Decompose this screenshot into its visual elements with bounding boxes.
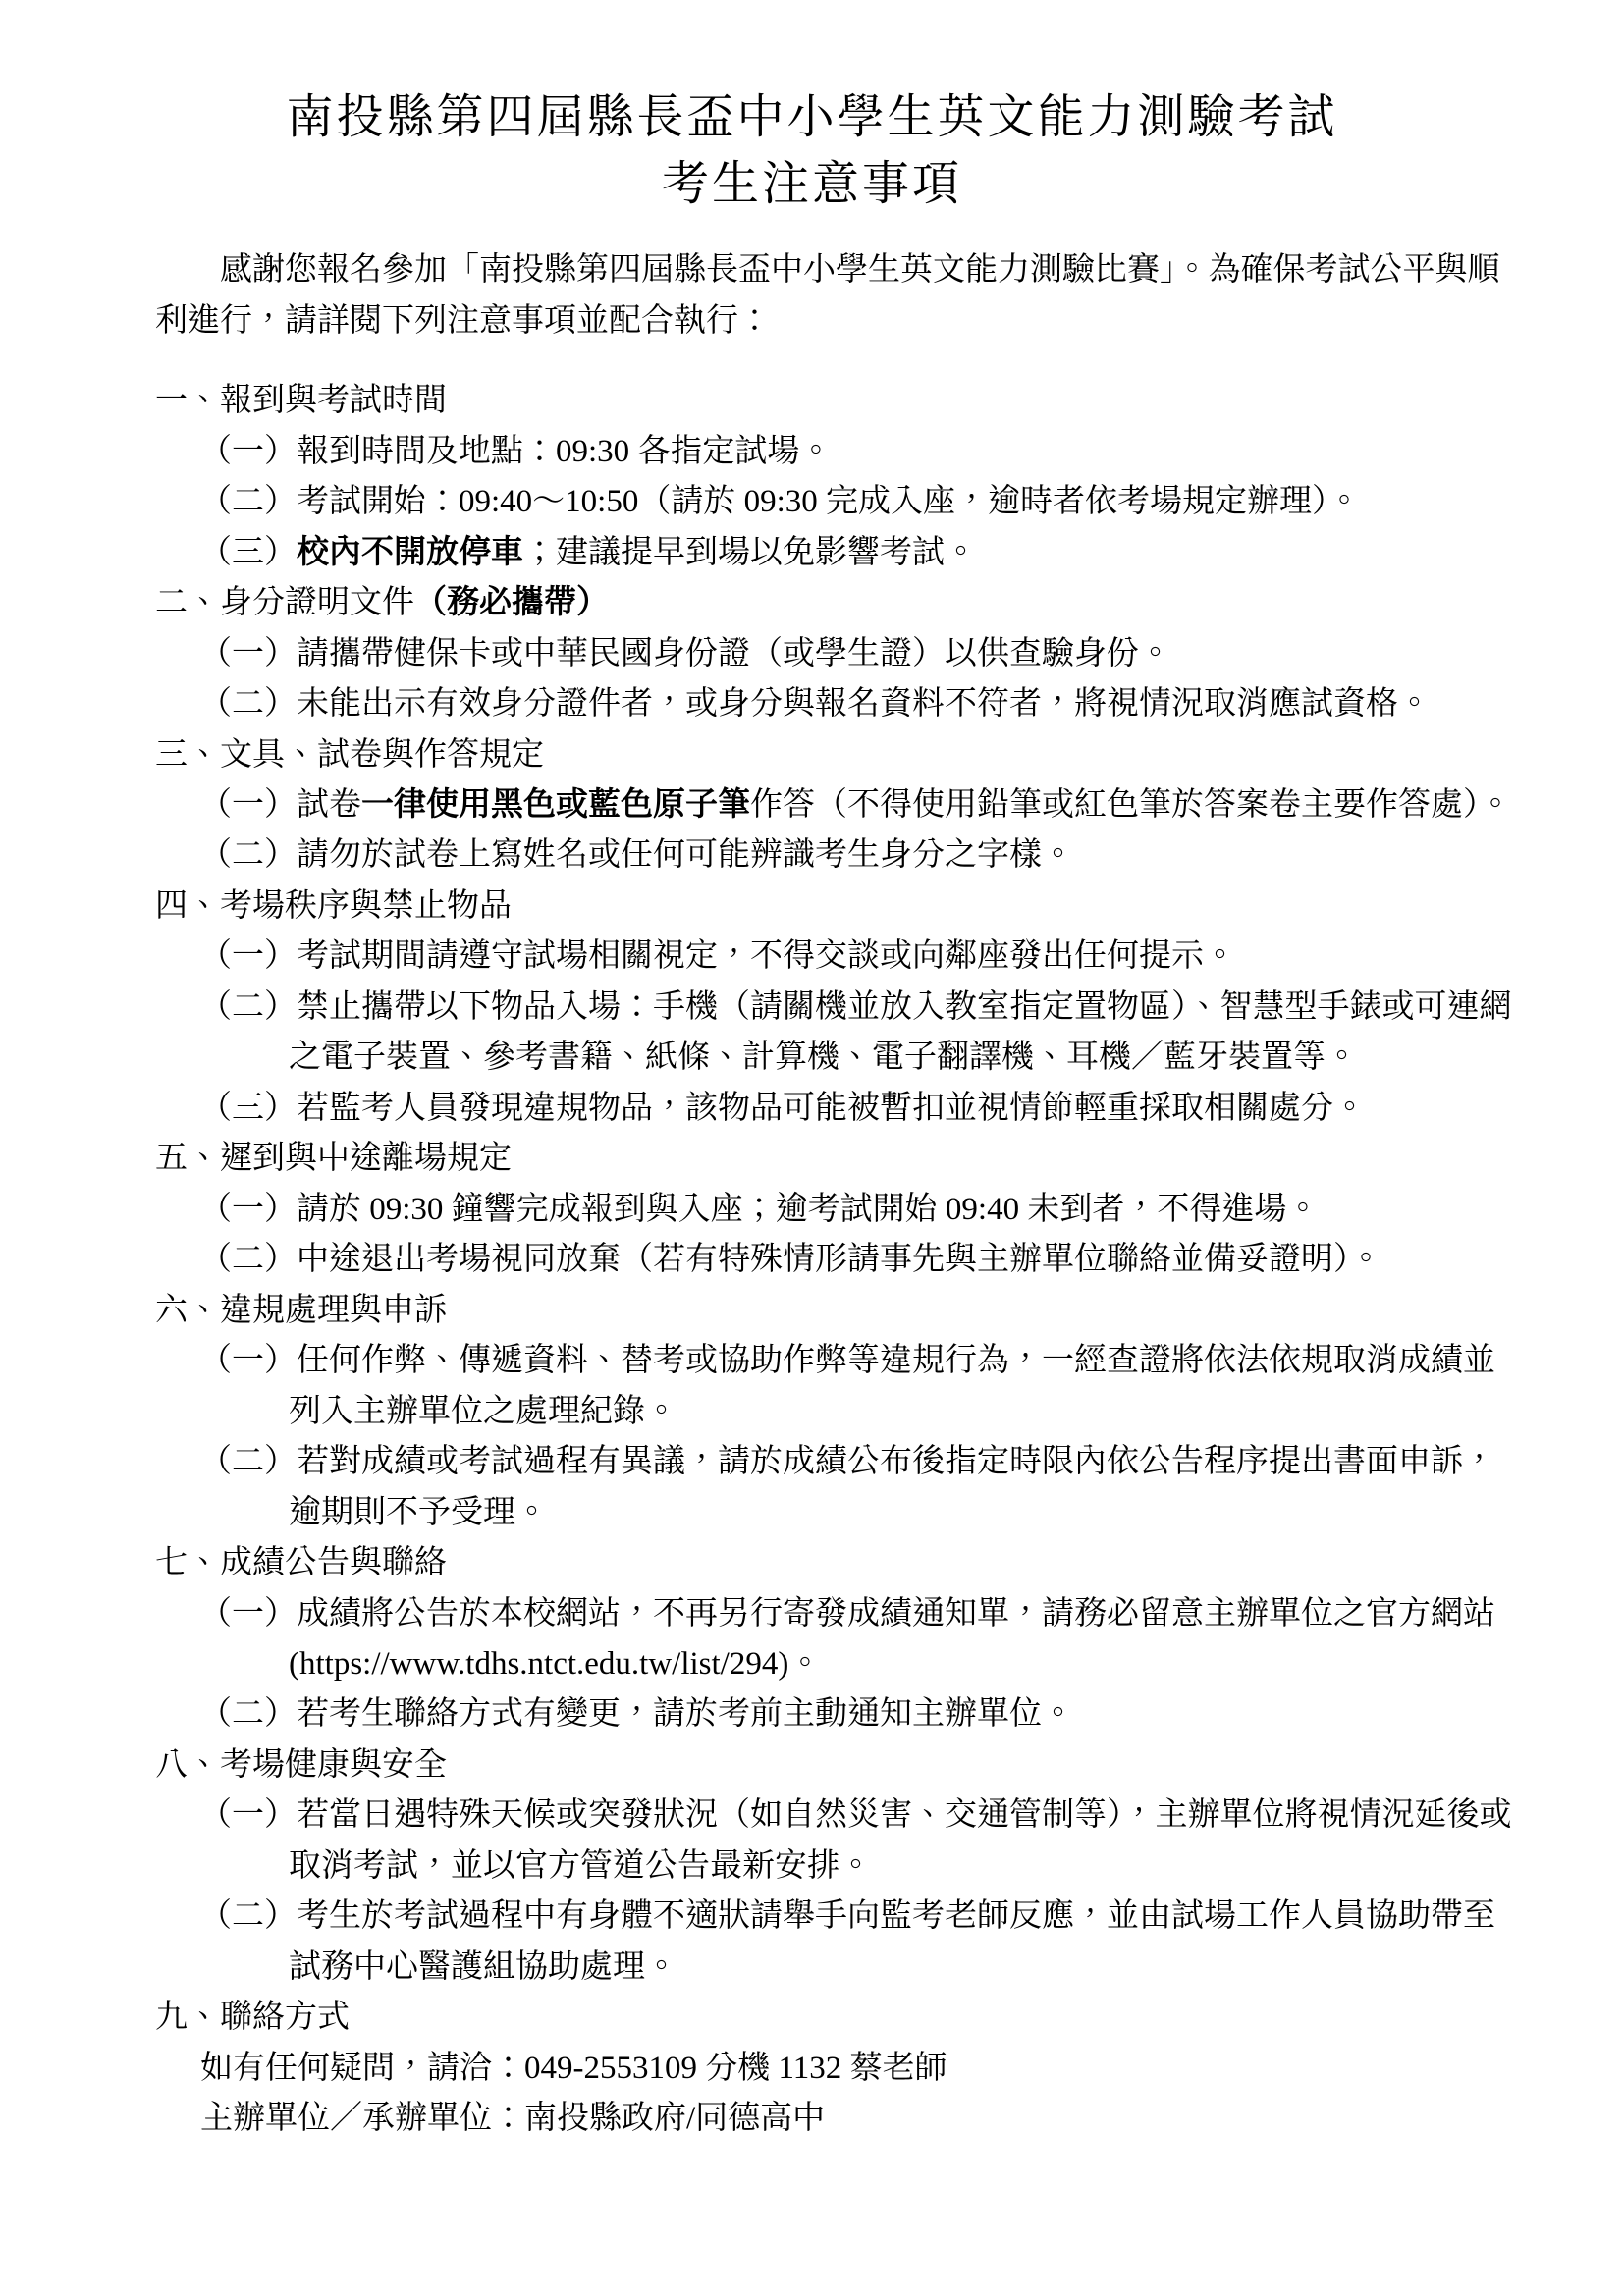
text-segment: 七、成績公告與聯絡	[155, 1545, 447, 1580]
text-segment: 三、文具、試卷與作答規定	[155, 737, 544, 773]
list-item: （二）禁止攜帶以下物品入場：手機（請關機並放入教室指定置物區）、智慧型手錶或可連…	[155, 983, 1514, 1084]
bold-text-segment: 一律使用黑色或藍色原子筆	[361, 787, 750, 823]
text-segment: （二）中途退出考場視同放棄（若有特殊情形請事先與主辦單位聯絡並備妥證明）。	[199, 1242, 1382, 1277]
text-segment: ；建議提早到場以免影響考試。	[523, 535, 977, 570]
text-segment: （一）試卷	[199, 787, 361, 823]
text-segment: （一）報到時間及地點：09:30 各指定試場。	[199, 434, 832, 469]
section-heading: 二、身分證明文件（務必攜帶）	[155, 578, 1514, 628]
section: 六、違規處理與申訴（一）任何作弊、傳遞資料、替考或協助作弊等違規行為，一經查證將…	[155, 1286, 1514, 1538]
section-heading: 三、文具、試卷與作答規定	[155, 730, 1514, 780]
section: 五、遲到與中途離場規定（一）請於 09:30 鐘響完成報到與入座；逾考試開始 0…	[155, 1134, 1514, 1285]
list-item: （三）校內不開放停車；建議提早到場以免影響考試。	[155, 528, 1514, 578]
list-item: （三）若監考人員發現違規物品，該物品可能被暫扣並視情節輕重採取相關處分。	[155, 1084, 1514, 1134]
text-segment: （二）若考生聯絡方式有變更，請於考前主動通知主辦單位。	[199, 1696, 1074, 1732]
section: 三、文具、試卷與作答規定（一）試卷一律使用黑色或藍色原子筆作答（不得使用鉛筆或紅…	[155, 730, 1514, 881]
text-segment: （二）若對成績或考試過程有異議，請於成績公布後指定時限內依公告程序提出書面申訴，…	[199, 1444, 1495, 1529]
list-item: （一）成績將公告於本校網站，不再另行寄發成績通知單，請務必留意主辦單位之官方網站…	[155, 1589, 1514, 1690]
document-title: 南投縣第四屆縣長盃中小學生英文能力測驗考試	[0, 84, 1624, 151]
text-segment: （二）考試開始：09:40～10:50（請於 09:30 完成入座，逾時者依考場…	[199, 484, 1361, 519]
section: 二、身分證明文件（務必攜帶）（一）請攜帶健保卡或中華民國身份證（或學生證）以供查…	[155, 578, 1514, 729]
section-heading: 一、報到與考試時間	[155, 376, 1514, 426]
section: 八、考場健康與安全（一）若當日遇特殊天候或突發狀況（如自然災害、交通管制等），主…	[155, 1740, 1514, 1993]
text-segment: （一）請攜帶健保卡或中華民國身份證（或學生證）以供查驗身份。	[199, 636, 1171, 671]
text-segment: （一）任何作弊、傳遞資料、替考或協助作弊等違規行為，一經查證將依法依規取消成績並…	[199, 1343, 1495, 1428]
section: 四、考場秩序與禁止物品（一）考試期間請遵守試場相關視定，不得交談或向鄰座發出任何…	[155, 881, 1514, 1134]
section-heading: 八、考場健康與安全	[155, 1740, 1514, 1790]
text-segment: 作答（不得使用鉛筆或紅色筆於答案卷主要作答處）。	[750, 787, 1512, 823]
text-segment: 四、考場秩序與禁止物品	[155, 888, 512, 924]
list-item: （二）中途退出考場視同放棄（若有特殊情形請事先與主辦單位聯絡並備妥證明）。	[155, 1235, 1514, 1285]
text-segment: 九、聯絡方式	[155, 2000, 350, 2035]
section-heading: 九、聯絡方式	[155, 1993, 1514, 2043]
text-segment: 一、報到與考試時間	[155, 383, 447, 418]
list-item: （二）考試開始：09:40～10:50（請於 09:30 完成入座，逾時者依考場…	[155, 477, 1514, 527]
text-segment: （一）考試期間請遵守試場相關視定，不得交談或向鄰座發出任何提示。	[199, 938, 1236, 974]
section-heading: 五、遲到與中途離場規定	[155, 1134, 1514, 1184]
text-segment: （一）若當日遇特殊天候或突發狀況（如自然災害、交通管制等），主辦單位將視情況延後…	[199, 1797, 1512, 1883]
list-item: （二）若考生聯絡方式有變更，請於考前主動通知主辦單位。	[155, 1689, 1514, 1739]
text-segment: （二）禁止攜帶以下物品入場：手機（請關機並放入教室指定置物區）、智慧型手錶或可連…	[199, 989, 1512, 1075]
list-item: （二）若對成績或考試過程有異議，請於成績公布後指定時限內依公告程序提出書面申訴，…	[155, 1437, 1514, 1538]
sections-list: 一、報到與考試時間（一）報到時間及地點：09:30 各指定試場。（二）考試開始：…	[155, 376, 1514, 2144]
text-segment: 八、考場健康與安全	[155, 1747, 447, 1783]
text-segment: （一）請於 09:30 鐘響完成報到與入座；逾考試開始 09:40 未到者，不得…	[199, 1192, 1319, 1227]
bold-text-segment: 校內不開放停車	[297, 535, 523, 570]
list-item: （一）若當日遇特殊天候或突發狀況（如自然災害、交通管制等），主辦單位將視情況延後…	[155, 1790, 1514, 1892]
section-heading: 六、違規處理與申訴	[155, 1286, 1514, 1336]
text-segment: （二）考生於考試過程中有身體不適狀請舉手向監考老師反應，並由試場工作人員協助帶至…	[199, 1898, 1495, 1984]
text-segment: （一）成績將公告於本校網站，不再另行寄發成績通知單，請務必留意主辦單位之官方網站…	[199, 1596, 1495, 1682]
document-subtitle: 考生注意事項	[0, 151, 1624, 218]
contact-line: 如有任何疑問，請洽：049-2553109 分機 1132 蔡老師	[155, 2044, 1514, 2094]
intro-paragraph: 感謝您報名參加「南投縣第四屆縣長盃中小學生英文能力測驗比賽」。為確保考試公平與順…	[155, 245, 1514, 347]
section-heading: 四、考場秩序與禁止物品	[155, 881, 1514, 932]
document-page: 南投縣第四屆縣長盃中小學生英文能力測驗考試 考生注意事項 感謝您報名參加「南投縣…	[0, 0, 1624, 2296]
list-item: （一）請於 09:30 鐘響完成報到與入座；逾考試開始 09:40 未到者，不得…	[155, 1185, 1514, 1235]
list-item: （一）報到時間及地點：09:30 各指定試場。	[155, 427, 1514, 477]
text-segment: （二）請勿於試卷上寫姓名或任何可能辨識考生身分之字樣。	[199, 837, 1074, 873]
list-item: （二）考生於考試過程中有身體不適狀請舉手向監考老師反應，並由試場工作人員協助帶至…	[155, 1892, 1514, 1993]
text-segment: （三）若監考人員發現違規物品，該物品可能被暫扣並視情節輕重採取相關處分。	[199, 1091, 1366, 1126]
list-item: （一）請攜帶健保卡或中華民國身份證（或學生證）以供查驗身份。	[155, 629, 1514, 679]
text-segment: （二）未能出示有效身分證件者，或身分與報名資料不符者，將視情況取消應試資格。	[199, 686, 1431, 721]
text-segment: 二、身分證明文件	[155, 585, 414, 620]
document-header: 南投縣第四屆縣長盃中小學生英文能力測驗考試 考生注意事項	[0, 84, 1624, 218]
text-segment: （三）	[199, 535, 297, 570]
list-item: （一）試卷一律使用黑色或藍色原子筆作答（不得使用鉛筆或紅色筆於答案卷主要作答處）…	[155, 780, 1514, 830]
section-heading: 七、成績公告與聯絡	[155, 1538, 1514, 1588]
list-item: （一）考試期間請遵守試場相關視定，不得交談或向鄰座發出任何提示。	[155, 932, 1514, 982]
section: 一、報到與考試時間（一）報到時間及地點：09:30 各指定試場。（二）考試開始：…	[155, 376, 1514, 578]
bold-text-segment: （務必攜帶）	[414, 585, 609, 620]
section: 九、聯絡方式如有任何疑問，請洽：049-2553109 分機 1132 蔡老師主…	[155, 1993, 1514, 2144]
text-segment: 五、遲到與中途離場規定	[155, 1141, 512, 1176]
list-item: （二）請勿於試卷上寫姓名或任何可能辨識考生身分之字樣。	[155, 830, 1514, 881]
list-item: （一）任何作弊、傳遞資料、替考或協助作弊等違規行為，一經查證將依法依規取消成績並…	[155, 1336, 1514, 1437]
section: 七、成績公告與聯絡（一）成績將公告於本校網站，不再另行寄發成績通知單，請務必留意…	[155, 1538, 1514, 1740]
list-item: （二）未能出示有效身分證件者，或身分與報名資料不符者，將視情況取消應試資格。	[155, 679, 1514, 729]
contact-line: 主辦單位／承辦單位：南投縣政府/同德高中	[155, 2094, 1514, 2144]
text-segment: 六、違規處理與申訴	[155, 1293, 447, 1328]
